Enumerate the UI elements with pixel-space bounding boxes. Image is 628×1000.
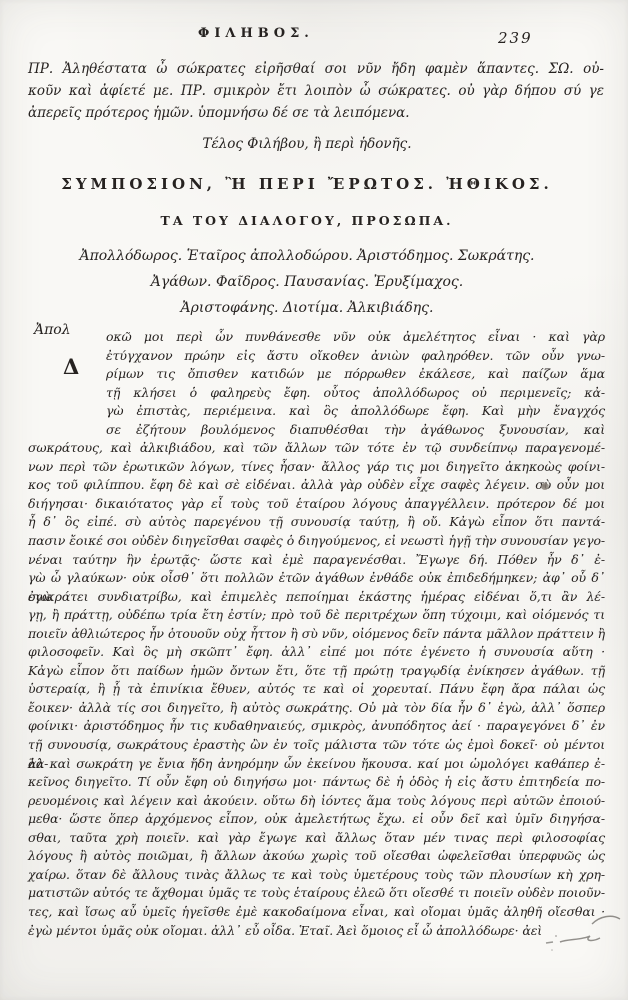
philebus-ending-paragraph: ΠΡ. Ἀληθέστατα ὦ σώκρατες εἰρῆσθαί σοι ν… <box>28 58 604 124</box>
character-list-line: Ἀριστοφάνης. Διοτίμα. Ἀλκιβιάδης. <box>10 295 604 321</box>
text-line: μεθα· ὥστε ὅπερ ἀρχόμενος εἶπον, οὐκ ἀμε… <box>28 810 605 829</box>
character-list: Ἀπολλόδωρος. Ἑταῖρος ἀπολλοδώρου. Ἀριστό… <box>10 243 604 321</box>
text-line: κεῖνος διηγεῖτο. Τί οὖν ἔφη οὐ διηγήσω μ… <box>28 773 605 792</box>
text-line: Κἀγὼ εἶπον ὅτι παίδων ἡμῶν ὄντων ἔτι, ὅτ… <box>28 662 605 681</box>
text-line: ποιεῖν ἀθλιώτερος ἦν ὁτουοῦν οὐχ ἧττον ἢ… <box>28 625 605 644</box>
text-line: τῇ συνουσίᾳ, σωκράτους ἐραστὴς ὢν ἐν τοῖ… <box>28 736 605 755</box>
text-line: κος τοῦ φιλίππου. ἔφη δὲ καὶ σὲ εἰδέναι.… <box>28 476 605 495</box>
text-line: σωκράτους, καὶ ἀλκιβιάδου, καὶ τῶν ἄλλων… <box>28 439 605 458</box>
text-line: χαίρω. ὅταν δὲ ἄλλους τινὰς ἄλλως τε καὶ… <box>28 866 605 885</box>
text-line: τες, καὶ ἴσως αὖ ὑμεῖς ἡγεῖσθε ἐμὲ κακοδ… <box>28 903 605 922</box>
text-line: διήγησαι· δικαιότατος γὰρ εἶ τοὺς τοῦ ἑτ… <box>28 495 605 514</box>
text-line: ΠΡ. Ἀληθέστατα ὦ σώκρατες εἰρῆσθαί σοι ν… <box>28 58 604 80</box>
text-line: λὰ καὶ σωκράτη γε ἔνια ἤδη ἀνηρόμην ὧν ἐ… <box>28 755 605 774</box>
running-header-title: ΦΙΛΗΒΟΣ. <box>198 26 314 41</box>
text-line: ἐτύγχανον πρώην εἰς ἄστυ οἴκοθεν ἀνιὼν φ… <box>28 347 605 366</box>
text-line: σωκράτει συνδιατρίβω, καὶ ἐπιμελὲς πεποί… <box>28 588 605 607</box>
symposium-body-text: οκῶ μοι περὶ ὧν πυνθάνεσθε νῦν οὐκ ἀμελέ… <box>28 328 605 940</box>
text-line: ρευομένοις καὶ λέγειν καὶ ἀκούειν. οὕτω … <box>28 792 605 811</box>
text-line: ὑστεραίᾳ, ἢ ᾗ τὰ ἐπινίκια ἔθυεν, αὐτός τ… <box>28 680 605 699</box>
text-line: ἔοικεν· ἀλλὰ τίς σοι διηγεῖτο, ἢ αὐτὸς σ… <box>28 699 605 718</box>
text-line: οκῶ μοι περὶ ὧν πυνθάνεσθε νῦν οὐκ ἀμελέ… <box>28 328 605 347</box>
philebus-explicit-line: Τέλος Φιλήβου, ἢ περὶ ἡδονῆς. <box>10 136 604 152</box>
text-line: νέναι ταύτην ἣν ἐρωτᾷς· ὥστε καὶ ἐμὲ παρ… <box>28 551 605 570</box>
dramatis-personae-heading: ΤΑ ΤΟΥ ΔΙΑΛΟΓΟΥ, ΠΡΟΣΩΠΑ. <box>10 213 604 228</box>
text-line: σε ἐζήτουν βουλόμενος διαπυθέσθαι τὴν ἀγ… <box>28 421 605 440</box>
character-list-line: Ἀγάθων. Φαῖδρος. Παυσανίας. Ἐρυξίμαχος. <box>10 269 604 295</box>
text-line: ἀπερεῖς πρότερος ἡμῶν. ὑπομνήσω δέ σε τὰ… <box>28 102 604 124</box>
text-line: πασιν ἔοικέ σοι οὐδὲν διηγεῖσθαι σαφὲς ὁ… <box>28 532 605 551</box>
text-line: φοίνικι· ἀριστόδημος ἦν τις κυδαθηναιεύς… <box>28 717 605 736</box>
symposium-title: ΣΥΜΠΟΣΙΟΝ, Ἢ ΠΕΡΙ ἜΡΩΤΟΣ. ἨΘΙΚΟΣ. <box>10 175 604 193</box>
text-line: ἦ δ᾽ ὃς εἰπέ. σὺ αὐτὸς παρεγένου τῇ συνο… <box>28 513 605 532</box>
ink-blot-icon <box>541 483 549 490</box>
character-list-line: Ἀπολλόδωρος. Ἑταῖρος ἀπολλοδώρου. Ἀριστό… <box>10 243 604 269</box>
text-line: ρίμων τις ὄπισθεν κατιδών με πόρρωθεν ἐκ… <box>28 365 605 384</box>
text-line: ἐγὼ μέντοι ὑμᾶς οὐκ οἴομαι. ἀλλ᾽ εὖ οἶδα… <box>28 922 605 941</box>
page-number: 239 <box>498 29 533 47</box>
text-line: γὼ ὦ γλαύκων· οὐκ οἶσθ᾽ ὅτι πολλῶν ἐτῶν … <box>28 569 605 588</box>
text-line: τῇ κλήσει ὁ φαληρεὺς ἔφη. οὗτος ἀπολλόδω… <box>28 384 605 403</box>
text-line: ματιστῶν αὐτός τε ἄχθομαι ὑμᾶς τε τοὺς ἑ… <box>28 884 605 903</box>
text-line: νων περὶ τῶν ἐρωτικῶν λόγων, τίνες ἦσαν·… <box>28 458 605 477</box>
text-line: κοῦν καὶ ἀφίετέ με. ΠΡ. σμικρὸν ἔτι λοιπ… <box>28 80 604 102</box>
text-line: φιλοσοφεῖν. Καὶ ὃς μὴ σκῶπτ᾽ ἔφη. ἀλλ᾽ ε… <box>28 643 605 662</box>
text-line: γῃ, ἢ πράττῃ, οὐδέπω τρία ἔτη ἐστίν; πρὸ… <box>28 606 605 625</box>
text-line: λόγους ἢ αὐτὸς ποιῶμαι, ἢ ἄλλων ἀκούω χω… <box>28 847 605 866</box>
book-page: ΦΙΛΗΒΟΣ. 239 ΠΡ. Ἀληθέστατα ὦ σώκρατες ε… <box>0 0 628 1000</box>
handwritten-scribble-icon <box>540 910 625 960</box>
text-line: γὼ ἐπιστὰς, περιέμεινα. καὶ ὃς ἀπολλόδωρ… <box>28 402 605 421</box>
text-line: σθαι, ταῦτα χρὴ ποιεῖν. καὶ γὰρ ἔγωγε κα… <box>28 829 605 848</box>
